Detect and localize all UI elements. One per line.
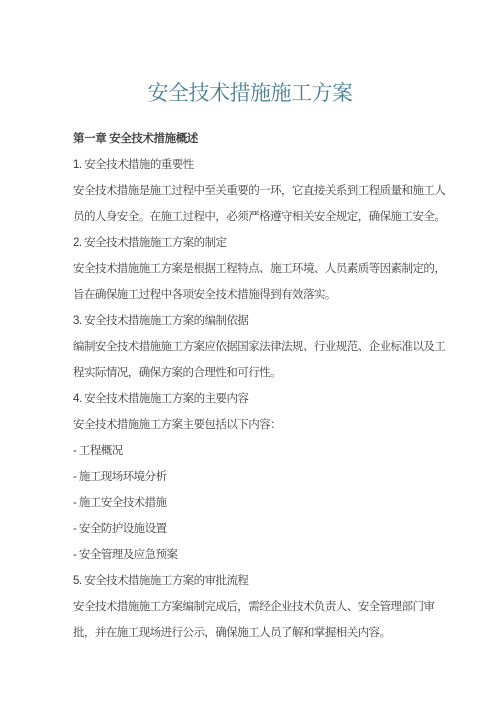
document-body: 第一章 安全技术措施概述 1. 安全技术措施的重要性安全技术措施是施工过程中至关… xyxy=(73,126,445,646)
list-item: - 工程概况 xyxy=(73,438,445,464)
numbered-heading: 2. 安全技术措施施工方案的制定 xyxy=(73,230,445,256)
paragraph-line: 安全技术措施施工方案主要包括以下内容： xyxy=(73,412,445,438)
paragraph-line: 安全技术措施施工方案是根据工程特点、施工环境、人员素质等因素制定的， xyxy=(73,256,445,282)
paragraph-line: 安全技术措施施工方案编制完成后，需经企业技术负责人、安全管理部门审 xyxy=(73,594,445,620)
paragraph-line: 编制安全技术措施施工方案应依据国家法律法规、行业规范、企业标准以及工 xyxy=(73,334,445,360)
chapter-heading: 第一章 安全技术措施概述 xyxy=(73,126,445,152)
numbered-heading: 3. 安全技术措施施工方案的编制依据 xyxy=(73,308,445,334)
document-title: 安全技术措施施工方案 xyxy=(0,81,500,107)
list-item: - 施工现场环境分析 xyxy=(73,464,445,490)
paragraph-line: 程实际情况，确保方案的合理性和可行性。 xyxy=(73,360,445,386)
paragraph-line: 批，并在施工现场进行公示，确保施工人员了解和掌握相关内容。 xyxy=(73,620,445,646)
numbered-heading: 4. 安全技术措施施工方案的主要内容 xyxy=(73,386,445,412)
paragraph-line: 旨在确保施工过程中各项安全技术措施得到有效落实。 xyxy=(73,282,445,308)
list-item: - 安全管理及应急预案 xyxy=(73,542,445,568)
list-item: - 安全防护设施设置 xyxy=(73,516,445,542)
list-item: - 施工安全技术措施 xyxy=(73,490,445,516)
numbered-heading: 1. 安全技术措施的重要性 xyxy=(73,152,445,178)
numbered-heading: 5. 安全技术措施施工方案的审批流程 xyxy=(73,568,445,594)
paragraph-line: 安全技术措施是施工过程中至关重要的一环，它直接关系到工程质量和施工人 xyxy=(73,178,445,204)
paragraph-line: 员的人身安全。在施工过程中，必须严格遵守相关安全规定，确保施工安全。 xyxy=(73,204,445,230)
document-page: 安全技术措施施工方案 第一章 安全技术措施概述 1. 安全技术措施的重要性安全技… xyxy=(0,0,500,707)
